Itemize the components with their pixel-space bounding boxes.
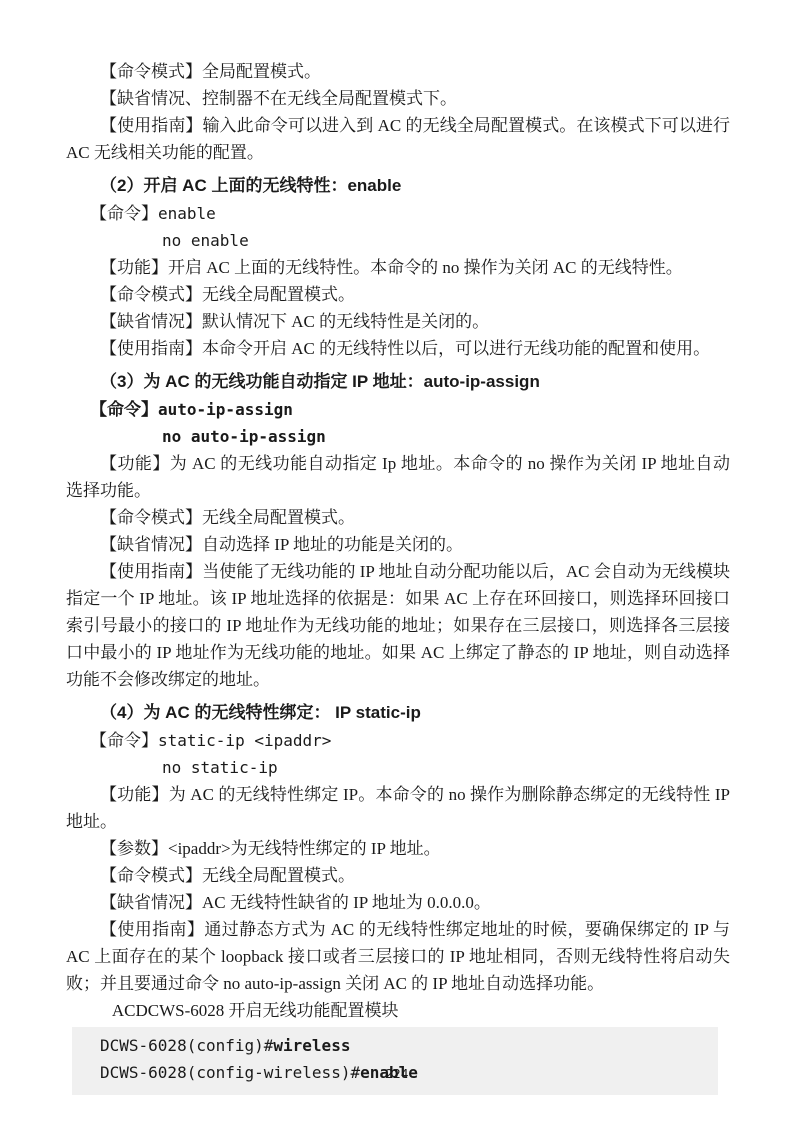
paragraph: 【缺省情况、控制器不在无线全局配置模式下。 (66, 85, 730, 112)
command-label: 【命令】 (90, 400, 158, 419)
command-line: 【命令】enable (66, 200, 730, 227)
paragraph: 【功能】开启 AC 上面的无线特性。本命令的 no 操作为关闭 AC 的无线特性… (66, 254, 730, 281)
command-line: 【命令】static-ip <ipaddr> (66, 727, 730, 754)
section-heading: （4）为 AC 的无线特性绑定： IP static-ip (66, 699, 730, 726)
paragraph: 【命令模式】无线全局配置模式。 (66, 862, 730, 889)
paragraph: 【命令模式】无线全局配置模式。 (66, 504, 730, 531)
paragraph: 【命令模式】无线全局配置模式。 (66, 281, 730, 308)
paragraph: 【缺省情况】自动选择 IP 地址的功能是关闭的。 (66, 531, 730, 558)
paragraph: 【功能】为 AC 的无线功能自动指定 Ip 地址。本命令的 no 操作为关闭 I… (66, 450, 730, 504)
code-prompt: DCWS-6028(config)# (100, 1036, 273, 1055)
command-text: auto-ip-assign (158, 400, 293, 419)
section-heading: （2）开启 AC 上面的无线特性：enable (66, 172, 730, 199)
command-continuation: no enable (66, 227, 730, 254)
command-label: 【命令】 (90, 204, 158, 223)
paragraph: 【使用指南】本命令开启 AC 的无线特性以后，可以进行无线功能的配置和使用。 (66, 335, 730, 362)
command-continuation: no static-ip (66, 754, 730, 781)
section-heading: （3）为 AC 的无线功能自动指定 IP 地址：auto-ip-assign (66, 368, 730, 395)
paragraph: 【缺省情况】AC 无线特性缺省的 IP 地址为 0.0.0.0。 (66, 889, 730, 916)
command-text: enable (158, 204, 216, 223)
command-label: 【命令】 (90, 731, 158, 750)
paragraph: 【参数】<ipaddr>为无线特性绑定的 IP 地址。 (66, 835, 730, 862)
paragraph: 【命令模式】全局配置模式。 (66, 58, 730, 85)
code-command: wireless (273, 1036, 350, 1055)
document-body: 【命令模式】全局配置模式。【缺省情况、控制器不在无线全局配置模式下。【使用指南】… (66, 58, 730, 1095)
code-block: DCWS-6028(config)#wirelessDCWS-6028(conf… (72, 1027, 718, 1095)
command-text: static-ip <ipaddr> (158, 731, 331, 750)
paragraph: 【使用指南】通过静态方式为 AC 的无线特性绑定地址的时候，要确保绑定的 IP … (66, 916, 730, 997)
paragraph: 【功能】为 AC 的无线特性绑定 IP。本命令的 no 操作为删除静态绑定的无线… (66, 781, 730, 835)
paragraph: 【缺省情况】默认情况下 AC 的无线特性是关闭的。 (66, 308, 730, 335)
paragraph: 【使用指南】输入此命令可以进入到 AC 的无线全局配置模式。在该模式下可以进行 … (66, 112, 730, 166)
command-continuation: no auto-ip-assign (66, 423, 730, 450)
paragraph: 【使用指南】当使能了无线功能的 IP 地址自动分配功能以后，AC 会自动为无线模… (66, 558, 730, 693)
page-number: 224 (0, 1067, 794, 1081)
code-line: DCWS-6028(config)#wireless (100, 1032, 718, 1059)
command-line: 【命令】auto-ip-assign (66, 396, 730, 423)
example-title: ACDCWS-6028 开启无线功能配置模块 (66, 997, 730, 1024)
document-page: 【命令模式】全局配置模式。【缺省情况、控制器不在无线全局配置模式下。【使用指南】… (0, 0, 794, 1123)
